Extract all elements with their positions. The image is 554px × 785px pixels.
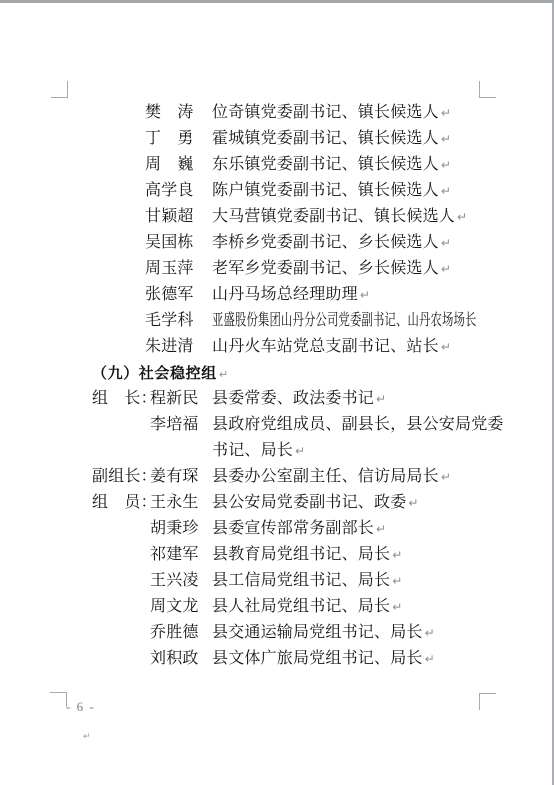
position-title: 县工信局党组书记、局长↵ xyxy=(212,568,402,594)
position-title: 霍城镇党委副书记、镇长候选人↵ xyxy=(212,126,451,152)
paragraph-mark-icon: ↵ xyxy=(360,288,370,302)
roster-row: 组 员： 王永生 县公安局党委副书记、政委↵ xyxy=(0,490,554,516)
paragraph-mark-icon: ↵ xyxy=(392,574,402,588)
person-name: 吴国栋 xyxy=(145,230,194,256)
person-name: 丁 勇 xyxy=(145,126,194,152)
position-title: 县委办公室副主任、信访局局长↵ xyxy=(212,464,451,490)
position-title: 陈户镇党委副书记、镇长候选人↵ xyxy=(212,178,451,204)
text-area[interactable]: 樊 涛 位奇镇党委副书记、镇长候选人↵ 丁 勇 霍城镇党委副书记、镇长候选人↵ … xyxy=(0,100,554,672)
person-name: 甘颖超 xyxy=(145,204,194,230)
text-boundary-mark-top-left-icon xyxy=(51,81,68,98)
person-name: 周玉萍 xyxy=(145,256,194,282)
roster-row: 樊 涛 位奇镇党委副书记、镇长候选人↵ xyxy=(0,100,554,126)
app-background-top-strip xyxy=(0,0,554,3)
role-label: 副组长： xyxy=(92,464,157,490)
person-name: 刘积政 xyxy=(150,646,199,672)
person-name: 周 巍 xyxy=(145,152,194,178)
position-title: 山丹火车站党总支副书记、站长↵ xyxy=(212,334,451,360)
paragraph-mark-icon: ↵ xyxy=(441,184,451,198)
roster-row: 胡秉珍 县委宣传部常务副部长↵ xyxy=(0,516,554,542)
person-name: 张德军 xyxy=(145,282,194,308)
person-name: 樊 涛 xyxy=(145,100,194,126)
roster-row: 周文龙 县人社局党组书记、局长↵ xyxy=(0,594,554,620)
position-title: 老军乡党委副书记、乡长候选人↵ xyxy=(212,256,451,282)
person-name: 祁建军 xyxy=(150,542,199,568)
paragraph-mark-icon: ↵ xyxy=(441,106,451,120)
roster-row: 吴国栋 李桥乡党委副书记、乡长候选人↵ xyxy=(0,230,554,256)
position-title: 李桥乡党委副书记、乡长候选人↵ xyxy=(212,230,451,256)
roster-row: 组 长： 程新民 县委常委、政法委书记↵ xyxy=(0,386,554,412)
roster-row: 祁建军 县教育局党组书记、局长↵ xyxy=(0,542,554,568)
text-boundary-mark-bottom-right-icon xyxy=(479,693,496,710)
roster-row: 丁 勇 霍城镇党委副书记、镇长候选人↵ xyxy=(0,126,554,152)
roster-row: 周玉萍 老军乡党委副书记、乡长候选人↵ xyxy=(0,256,554,282)
roster-row-continuation: 书记、局长↵ xyxy=(0,438,554,464)
paragraph-mark-icon: ↵ xyxy=(376,392,386,406)
person-name: 程新民 xyxy=(150,386,199,412)
position-title: 县人社局党组书记、局长↵ xyxy=(212,594,402,620)
position-title: 县政府党组成员、副县长，县公安局党委 xyxy=(212,412,504,438)
page-number: - 6 - xyxy=(66,698,95,716)
roster-row: 高学良 陈户镇党委副书记、镇长候选人↵ xyxy=(0,178,554,204)
roster-row: 甘颖超 大马营镇党委副书记、镇长候选人↵ xyxy=(0,204,554,230)
paragraph-mark-icon: ↵ xyxy=(392,600,402,614)
roster-row: 刘积政 县文体广旅局党组书记、局长↵ xyxy=(0,646,554,672)
text-boundary-mark-bottom-left-icon xyxy=(50,692,67,707)
paragraph-mark-icon: ↵ xyxy=(425,652,435,666)
role-label: 组 长： xyxy=(92,386,157,412)
paragraph-mark-icon: ↵ xyxy=(441,470,451,484)
person-name: 王兴凌 xyxy=(150,568,199,594)
position-title: 县委常委、政法委书记↵ xyxy=(212,386,386,412)
section-heading-row: （九）社会稳控组↵ xyxy=(0,360,554,386)
paragraph-mark-icon: ↵ xyxy=(376,522,386,536)
roster-row: 朱进清 山丹火车站党总支副书记、站长↵ xyxy=(0,334,554,360)
position-title: 亚盛股份集团山丹分公司党委副书记、山丹农场场长↵ xyxy=(212,308,554,334)
roster-row: 周 巍 东乐镇党委副书记、镇长候选人↵ xyxy=(0,152,554,178)
role-label: 组 员： xyxy=(92,490,157,516)
roster-row: 毛学科 亚盛股份集团山丹分公司党委副书记、山丹农场场长↵ xyxy=(0,308,554,334)
paragraph-mark-icon: ↵ xyxy=(441,158,451,172)
person-name: 周文龙 xyxy=(150,594,199,620)
roster-row: 张德军 山丹马场总经理助理↵ xyxy=(0,282,554,308)
roster-row: 王兴凌 县工信局党组书记、局长↵ xyxy=(0,568,554,594)
person-name: 李培福 xyxy=(150,412,199,438)
person-name: 姜有琛 xyxy=(150,464,199,490)
paragraph-mark-icon: ↵ xyxy=(408,496,418,510)
position-title: 大马营镇党委副书记、镇长候选人↵ xyxy=(212,204,467,230)
position-title: 山丹马场总经理助理↵ xyxy=(212,282,370,308)
person-name: 乔胜德 xyxy=(150,620,199,646)
roster-row: 副组长： 姜有琛 县委办公室副主任、信访局局长↵ xyxy=(0,464,554,490)
paragraph-mark-icon: ↵ xyxy=(425,626,435,640)
person-name: 王永生 xyxy=(150,490,199,516)
position-title-continued: 书记、局长↵ xyxy=(212,438,305,464)
position-title: 县文体广旅局党组书记、局长↵ xyxy=(212,646,435,672)
paragraph-mark-icon: ↵ xyxy=(219,368,228,381)
person-name: 胡秉珍 xyxy=(150,516,199,542)
paragraph-mark-icon: ↵ xyxy=(295,444,305,458)
section-heading: （九）社会稳控组↵ xyxy=(92,360,228,388)
position-title: 县教育局党组书记、局长↵ xyxy=(212,542,402,568)
roster-row: 李培福 县政府党组成员、副县长，县公安局党委 xyxy=(0,412,554,438)
text-boundary-mark-top-right-icon xyxy=(479,81,496,98)
paragraph-mark-icon: ↵ xyxy=(392,548,402,562)
position-title: 县公安局党委副书记、政委↵ xyxy=(212,490,418,516)
paragraph-mark-icon: ↵ xyxy=(441,236,451,250)
person-name: 朱进清 xyxy=(145,334,194,360)
paragraph-mark-icon: ↵ xyxy=(441,340,451,354)
position-title: 县交通运输局党组书记、局长↵ xyxy=(212,620,435,646)
position-title: 县委宣传部常务副部长↵ xyxy=(212,516,386,542)
paragraph-mark-icon: ↵ xyxy=(441,262,451,276)
person-name: 高学良 xyxy=(145,178,194,204)
paragraph-mark-icon: ↵ xyxy=(441,132,451,146)
footer-paragraph-mark-icon: ↵ xyxy=(83,732,91,742)
paragraph-mark-icon: ↵ xyxy=(457,210,467,224)
position-title: 位奇镇党委副书记、镇长候选人↵ xyxy=(212,100,451,126)
position-title: 东乐镇党委副书记、镇长候选人↵ xyxy=(212,152,451,178)
person-name: 毛学科 xyxy=(145,308,194,334)
roster-row: 乔胜德 县交通运输局党组书记、局长↵ xyxy=(0,620,554,646)
